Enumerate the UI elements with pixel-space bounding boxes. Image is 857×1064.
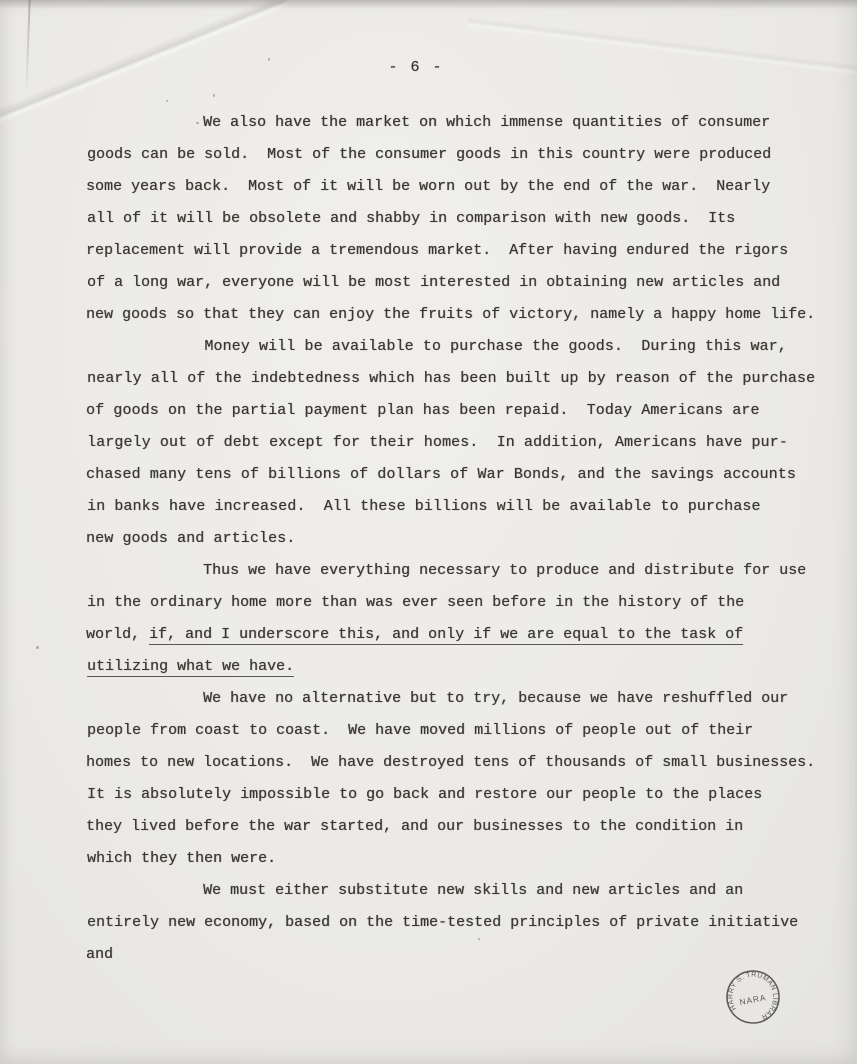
text-line: new goods so that they can enjoy the fru… — [86, 299, 834, 331]
text-line: We must either substitute new skills and… — [86, 875, 834, 907]
text-line: We have no alternative but to try, becau… — [86, 683, 834, 715]
text-line: some years back. Most of it will be worn… — [86, 171, 834, 203]
text-segment: in banks have increased. All these billi… — [87, 498, 761, 515]
text-segment: We also have the market on which immense… — [86, 114, 770, 131]
text-segment: world, — [86, 626, 149, 643]
paragraph: We also have the market on which immense… — [86, 107, 834, 331]
document-page: - 6 - We also have the market on which i… — [0, 0, 857, 1064]
text-line: all of it will be obsolete and shabby in… — [87, 203, 835, 235]
text-segment: largely out of debt except for their hom… — [87, 434, 788, 451]
text-segment: new goods and articles. — [86, 530, 295, 547]
text-line: people from coast to coast. We have move… — [87, 715, 835, 747]
text-segment: goods can be sold. Most of the consumer … — [87, 146, 771, 163]
text-segment: people from coast to coast. We have move… — [87, 722, 753, 739]
paper-speck — [213, 94, 215, 97]
text-segment: Thus we have everything necessary to pro… — [86, 562, 806, 579]
text-line: It is absolutely impossible to go back a… — [87, 779, 835, 811]
underlined-text-segment: utilizing what we have. — [87, 658, 294, 677]
text-segment: which they then were. — [87, 850, 276, 867]
text-line: homes to new locations. We have destroye… — [86, 747, 834, 779]
text-segment: and — [86, 946, 113, 963]
text-segment: of a long war, everyone will be most int… — [87, 274, 780, 291]
text-segment: of goods on the partial payment plan has… — [86, 402, 760, 419]
truman-library-stamp: HARRY S. TRUMAN LIBRARY NARA — [702, 946, 804, 1048]
stamp-center-text: NARA — [739, 992, 768, 1007]
text-line: Money will be available to purchase the … — [86, 331, 834, 363]
paper-edge-line — [25, 0, 30, 96]
text-line: world, if, and I underscore this, and on… — [86, 619, 834, 651]
text-segment: all of it will be obsolete and shabby in… — [87, 210, 735, 227]
text-segment: chased many tens of billions of dollars … — [86, 466, 796, 483]
text-line: in the ordinary home more than was ever … — [87, 587, 835, 619]
text-line: of a long war, everyone will be most int… — [87, 267, 835, 299]
paper-speck — [36, 646, 39, 649]
text-segment: in the ordinary home more than was ever … — [87, 594, 744, 611]
text-segment: replacement will provide a tremendous ma… — [86, 242, 788, 259]
text-line: goods can be sold. Most of the consumer … — [87, 139, 835, 171]
underlined-text-segment: if, and I underscore this, and only if w… — [149, 626, 743, 645]
text-line: of goods on the partial payment plan has… — [86, 395, 834, 427]
document-body: We also have the market on which immense… — [86, 107, 834, 971]
text-line: new goods and articles. — [86, 523, 834, 555]
text-line: chased many tens of billions of dollars … — [86, 459, 834, 491]
text-segment: We have no alternative but to try, becau… — [86, 690, 788, 707]
stamp-ring-text: HARRY S. TRUMAN LIBRARY — [702, 946, 783, 1021]
text-segment: Money will be available to purchase the … — [86, 338, 787, 355]
text-line: they lived before the war started, and o… — [86, 811, 834, 843]
text-line: largely out of debt except for their hom… — [87, 427, 835, 459]
text-line: nearly all of the indebtedness which has… — [87, 363, 835, 395]
text-line: utilizing what we have. — [87, 651, 835, 683]
paragraph: We have no alternative but to try, becau… — [86, 683, 834, 875]
text-segment: homes to new locations. We have destroye… — [86, 754, 815, 771]
text-segment: nearly all of the indebtedness which has… — [87, 370, 815, 387]
paragraph: Money will be available to purchase the … — [86, 331, 834, 555]
paragraph: Thus we have everything necessary to pro… — [86, 555, 834, 683]
text-segment: entirely new economy, based on the time-… — [87, 914, 798, 931]
text-segment: new goods so that they can enjoy the fru… — [86, 306, 815, 323]
text-segment: some years back. Most of it will be worn… — [86, 178, 770, 195]
text-segment: It is absolutely impossible to go back a… — [87, 786, 762, 803]
text-line: replacement will provide a tremendous ma… — [86, 235, 834, 267]
text-segment: they lived before the war started, and o… — [86, 818, 743, 835]
text-line: which they then were. — [87, 843, 835, 875]
svg-text:HARRY S. TRUMAN LIBRARY: HARRY S. TRUMAN LIBRARY — [702, 946, 783, 1021]
page-number: - 6 - — [0, 56, 832, 80]
text-line: Thus we have everything necessary to pro… — [86, 555, 834, 587]
text-line: in banks have increased. All these billi… — [87, 491, 835, 523]
text-segment: We must either substitute new skills and… — [86, 882, 743, 899]
text-line: We also have the market on which immense… — [86, 107, 834, 139]
text-line: entirely new economy, based on the time-… — [87, 907, 835, 939]
paper-speck — [166, 100, 168, 102]
